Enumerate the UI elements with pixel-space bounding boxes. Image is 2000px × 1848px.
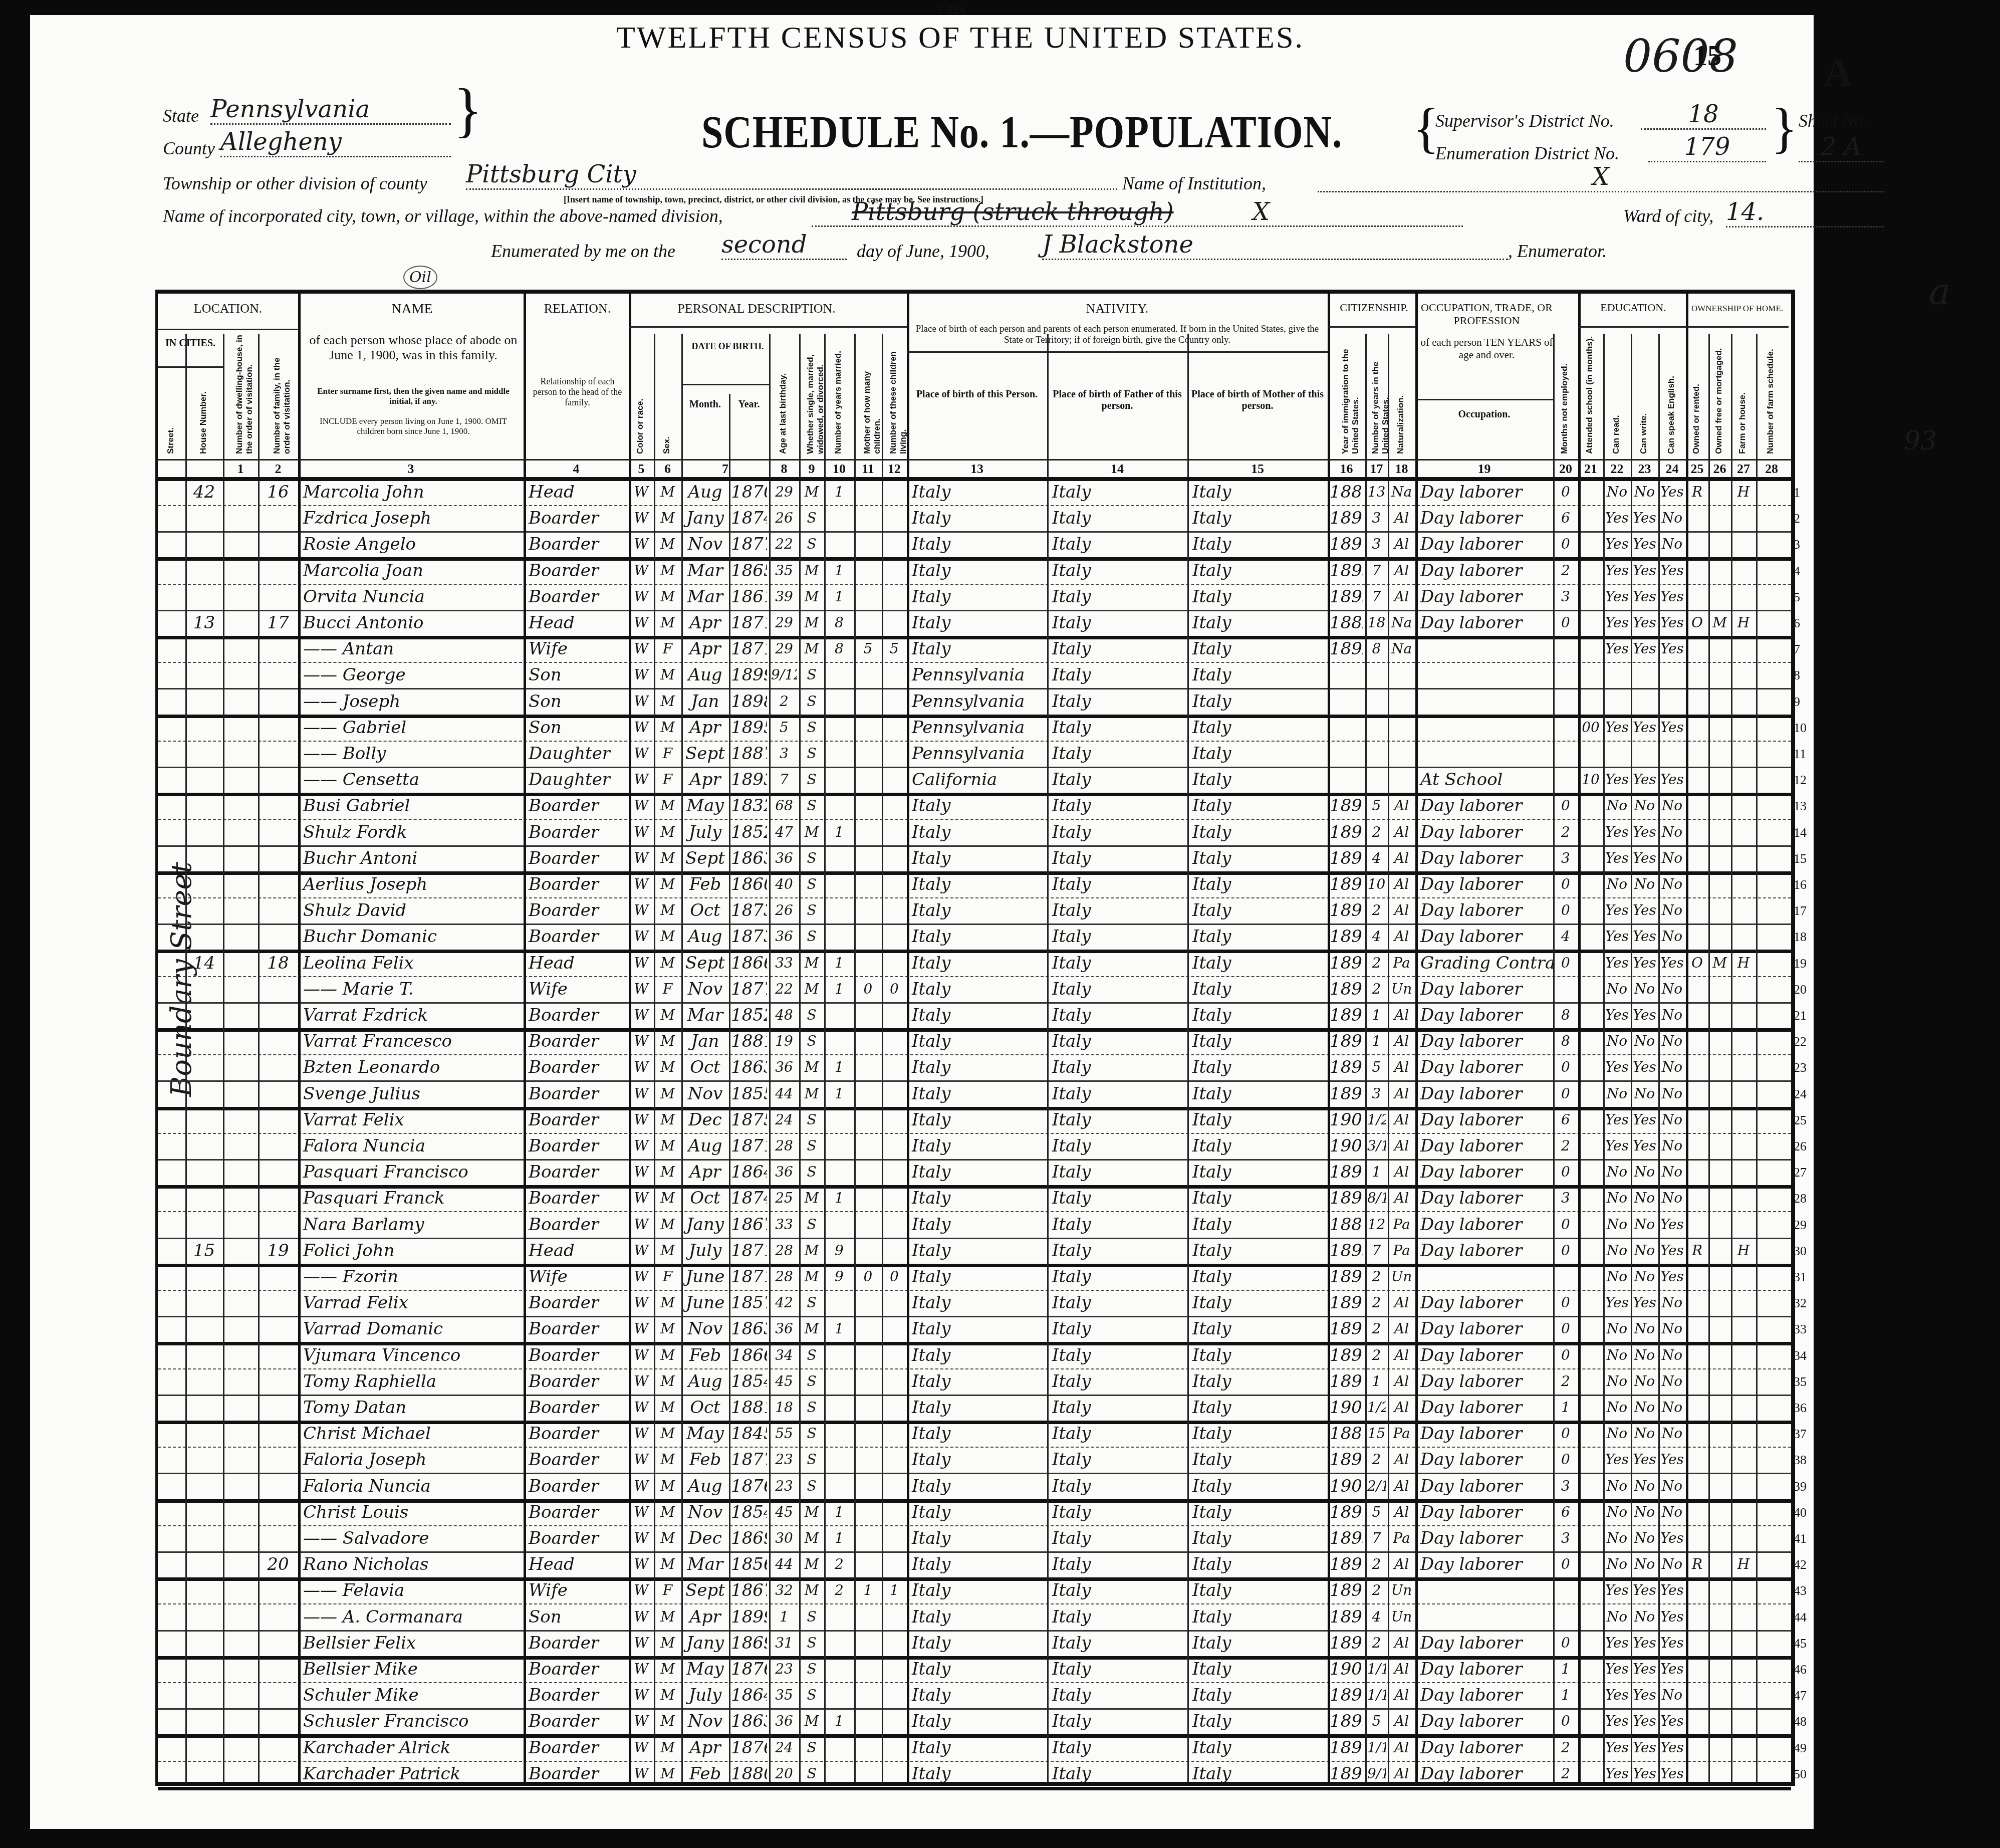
column-divider: [824, 334, 826, 1782]
cell-age: 33: [771, 1212, 797, 1238]
cell-ym: 1: [826, 584, 852, 610]
cell-name: Varrat Felix: [300, 1107, 525, 1133]
cell-color: W: [631, 1395, 652, 1421]
cell-unemp: 0: [1555, 1342, 1576, 1368]
cell-farm: [1733, 793, 1754, 819]
cell-dwelling: [225, 897, 256, 923]
cell-family: [260, 1264, 296, 1290]
cell-unemp: 6: [1555, 1107, 1576, 1133]
cell-free: [1710, 1604, 1729, 1630]
table-row: Vjumara VincencoBoarderWMFeb186634SItaly…: [158, 1342, 1791, 1369]
cell-month: Dec: [683, 1107, 727, 1133]
cell-own: [1688, 1159, 1706, 1185]
cell-sched: [1758, 767, 1785, 793]
row-number: 13: [1794, 799, 1824, 814]
cell-color: W: [631, 1577, 652, 1603]
cell-rel: Boarder: [526, 1499, 630, 1525]
column-number: 2: [258, 461, 298, 477]
cell-sched: [1758, 819, 1785, 845]
cell-nat: Al: [1390, 1473, 1413, 1499]
cell-house: [187, 1159, 221, 1185]
cell-ch: [856, 845, 880, 871]
cell-imm: 1897: [1330, 505, 1363, 531]
cell-nat: Pa: [1390, 1238, 1413, 1264]
cell-fpob: Italy: [1049, 1395, 1188, 1421]
cell-sched: [1758, 610, 1785, 636]
cell-age: 40: [771, 871, 797, 897]
cell-dwelling: [225, 1368, 256, 1395]
ed-label: Enumeration District No.: [1435, 143, 1619, 164]
cell-ym: 1: [826, 558, 852, 584]
row-number: 4: [1794, 564, 1824, 579]
cell-chl: [884, 950, 905, 976]
cell-mpob: Italy: [1189, 1342, 1329, 1368]
column-divider: [654, 334, 655, 1782]
row-number: 21: [1794, 1008, 1824, 1023]
cell-fpob: Italy: [1049, 479, 1188, 505]
stamped-page-number: 15: [1693, 40, 1721, 72]
cell-sex: M: [656, 1290, 679, 1316]
cell-fpob: Italy: [1049, 1447, 1188, 1473]
cell-farm: [1733, 1682, 1754, 1708]
cell-farm: [1733, 845, 1754, 871]
cell-ch: [856, 1421, 880, 1447]
group-occupation: OCCUPATION, TRADE, OR PROFESSION: [1420, 301, 1553, 327]
cell-house: [187, 1525, 221, 1551]
cell-write: No: [1633, 1316, 1656, 1342]
cell-mpob: Italy: [1189, 1133, 1329, 1159]
cell-age: 35: [771, 558, 797, 584]
cell-school: [1580, 1159, 1601, 1185]
cell-imm: 1899: [1330, 1159, 1363, 1185]
cell-ym: 1: [826, 1525, 852, 1551]
cell-name: Rosie Angelo: [300, 531, 525, 557]
row-number: 16: [1794, 877, 1824, 892]
cell-farm: [1733, 1316, 1754, 1342]
cell-year: 1876: [731, 1656, 767, 1682]
cell-occ: Day laborer: [1417, 1708, 1554, 1734]
cell-family: [260, 1212, 296, 1238]
cell-house: [187, 1551, 221, 1577]
cell-farm: [1733, 1630, 1754, 1656]
cell-farm: [1733, 767, 1754, 793]
sheet-number: 2 A: [1799, 133, 1884, 162]
cell-unemp: 0: [1555, 610, 1576, 636]
cell-school: [1580, 741, 1601, 767]
cell-write: No: [1633, 1238, 1656, 1264]
cell-unemp: 2: [1555, 819, 1576, 845]
cell-occ: Day laborer: [1417, 1682, 1554, 1708]
cell-free: [1710, 688, 1729, 715]
cell-fpob: Italy: [1049, 1656, 1188, 1682]
cell-family: [260, 1525, 296, 1551]
cell-free: [1710, 1551, 1729, 1577]
header-divider: [158, 366, 223, 368]
cell-fpob: Italy: [1049, 1054, 1188, 1080]
cell-own: [1688, 1761, 1706, 1787]
cell-ym: 9: [826, 1264, 852, 1290]
cell-occ: Day laborer: [1417, 531, 1554, 557]
cell-color: W: [631, 1604, 652, 1630]
cell-farm: [1733, 1735, 1754, 1761]
cell-pob: Italy: [909, 1342, 1048, 1368]
cell-family: [260, 1604, 296, 1630]
cell-nat: Pa: [1390, 1421, 1413, 1447]
cell-color: W: [631, 505, 652, 531]
cell-write: No: [1633, 1368, 1656, 1395]
cell-write: No: [1633, 1264, 1656, 1290]
cell-month: Apr: [683, 1735, 727, 1761]
cell-ch: [856, 715, 880, 741]
cell-name: Pasquari Franck: [300, 1185, 525, 1211]
cell-rel: Boarder: [526, 584, 630, 610]
cell-unemp: 0: [1555, 1708, 1576, 1734]
supervisor-label: Supervisor's District No.: [1435, 110, 1614, 131]
cell-age: 7: [771, 767, 797, 793]
cell-write: No: [1633, 871, 1656, 897]
cell-chl: [884, 479, 905, 505]
cell-sex: F: [656, 976, 679, 1002]
cell-school: [1580, 1630, 1601, 1656]
cell-family: 19: [260, 1238, 296, 1264]
cell-read: Yes: [1605, 610, 1629, 636]
cell-own: [1688, 1577, 1706, 1603]
cell-chl: [884, 871, 905, 897]
cell-dwelling: [225, 1185, 256, 1211]
group-education: EDUCATION.: [1581, 301, 1686, 314]
cell-mpob: Italy: [1189, 662, 1329, 688]
cell-fpob: Italy: [1049, 1342, 1188, 1368]
cell-write: Yes: [1633, 531, 1656, 557]
cell-ch: [856, 1525, 880, 1551]
cell-fpob: Italy: [1049, 1185, 1188, 1211]
cell-write: No: [1633, 479, 1656, 505]
cell-rel: Boarder: [526, 1185, 630, 1211]
cell-house: [187, 1630, 221, 1656]
cell-year: 1876: [731, 1473, 767, 1499]
cell-school: [1580, 793, 1601, 819]
cell-yus: 7: [1367, 1525, 1386, 1551]
cell-nat: Al: [1390, 897, 1413, 923]
cell-imm: 1900: [1330, 1107, 1363, 1133]
cell-eng: Yes: [1660, 584, 1684, 610]
cell-farm: [1733, 1212, 1754, 1238]
cell-fpob: Italy: [1049, 1107, 1188, 1133]
column-number: 4: [524, 461, 629, 477]
cell-nat: Al: [1390, 1395, 1413, 1421]
header-divider: [907, 351, 1328, 353]
relation-description: Relationship of each person to the head …: [529, 376, 626, 408]
cell-ch: 5: [856, 636, 880, 662]
cell-farm: [1733, 662, 1754, 688]
cell-eng: Yes: [1660, 1577, 1684, 1603]
cell-color: W: [631, 897, 652, 923]
cell-yus: 1/2: [1367, 1107, 1386, 1133]
column-divider: [1187, 334, 1189, 1782]
cell-year: 1854: [731, 1368, 767, 1395]
cell-house: [187, 1395, 221, 1421]
cell-ch: [856, 1081, 880, 1107]
cell-age: 33: [771, 950, 797, 976]
cell-dwelling: [225, 871, 256, 897]
cell-write: Yes: [1633, 1761, 1656, 1787]
cell-ym: [826, 767, 852, 793]
cell-ym: [826, 1002, 852, 1028]
cell-name: Shulz David: [300, 897, 525, 923]
table-row: Falora NunciaBoarderWMAug187128SItalyIta…: [158, 1133, 1791, 1161]
table-row: Shulz DavidBoarderWMOct187326SItalyItaly…: [158, 897, 1791, 925]
cell-own: [1688, 715, 1706, 741]
cell-year: 1887: [731, 741, 767, 767]
cell-rel: Boarder: [526, 558, 630, 584]
cell-school: [1580, 1735, 1601, 1761]
cell-imm: 1895: [1330, 793, 1363, 819]
cell-family: 20: [260, 1551, 296, 1577]
cell-name: Tomy Datan: [300, 1395, 525, 1421]
cell-own: [1688, 1630, 1706, 1656]
column-divider: [1047, 334, 1049, 1782]
cell-color: W: [631, 819, 652, 845]
column-divider: [882, 334, 883, 1782]
cell-chl: [884, 1473, 905, 1499]
table-row: Karchader AlrickBoarderWMApr187624SItaly…: [158, 1735, 1791, 1762]
cell-fpob: Italy: [1049, 923, 1188, 950]
cell-house: 15: [187, 1238, 221, 1264]
cell-pob: Italy: [909, 976, 1048, 1002]
cell-free: [1710, 1212, 1729, 1238]
cell-nat: Al: [1390, 1159, 1413, 1185]
cell-occ: Day laborer: [1417, 976, 1554, 1002]
table-row: 1418Leolina FelixHeadWMSept186633M1Italy…: [158, 950, 1791, 977]
cell-yus: 1/12: [1367, 1735, 1386, 1761]
cell-ym: [826, 531, 852, 557]
cell-unemp: 0: [1555, 1081, 1576, 1107]
cell-color: W: [631, 1708, 652, 1734]
cell-mpob: Italy: [1189, 584, 1329, 610]
cell-occ: Day laborer: [1417, 479, 1554, 505]
cell-school: 00: [1580, 715, 1601, 741]
group-ownership: OWNERSHIP OF HOME.: [1688, 304, 1786, 314]
cell-family: [260, 1761, 296, 1787]
cell-pob: Italy: [909, 1054, 1048, 1080]
column-divider: [854, 334, 856, 1782]
cell-name: —— Marie T.: [300, 976, 525, 1002]
header-divider: [1328, 326, 1415, 328]
cell-ch: [856, 1212, 880, 1238]
cell-pob: Italy: [909, 1604, 1048, 1630]
cell-ym: 1: [826, 1185, 852, 1211]
cell-sex: M: [656, 845, 679, 871]
cell-sched: [1758, 950, 1785, 976]
cell-color: W: [631, 1735, 652, 1761]
cell-mpob: Italy: [1189, 715, 1329, 741]
cell-farm: [1733, 976, 1754, 1002]
table-row: —— GeorgeSonWMAug18999/12SPennsylvaniaIt…: [158, 662, 1791, 689]
schedule-title: SCHEDULE No. 1.—POPULATION.: [701, 105, 1342, 158]
cell-rel: Wife: [526, 636, 630, 662]
cell-mar: S: [801, 1630, 822, 1656]
cell-free: [1710, 1185, 1729, 1211]
cell-dwelling: [225, 1525, 256, 1551]
cell-house: [187, 584, 221, 610]
cell-nat: Al: [1390, 1708, 1413, 1734]
cell-free: M: [1710, 610, 1729, 636]
column-number: 26: [1708, 461, 1731, 477]
cell-fpob: Italy: [1049, 558, 1188, 584]
table-row: Buchr AntoniBoarderWMSept186336SItalyIta…: [158, 845, 1791, 875]
cell-read: Yes: [1605, 950, 1629, 976]
cell-write: Yes: [1633, 767, 1656, 793]
cell-free: [1710, 1708, 1729, 1734]
cell-fpob: Italy: [1049, 1551, 1188, 1577]
cell-nat: Al: [1390, 1656, 1413, 1682]
cell-year: 1852: [731, 819, 767, 845]
cell-name: Rano Nicholas: [300, 1551, 525, 1577]
cell-farm: [1733, 1395, 1754, 1421]
cell-own: [1688, 793, 1706, 819]
cell-color: W: [631, 1133, 652, 1159]
row-number: 45: [1794, 1636, 1824, 1651]
cell-imm: 1900: [1330, 1395, 1363, 1421]
row-number: 26: [1794, 1139, 1824, 1154]
cell-fpob: Italy: [1049, 1525, 1188, 1551]
cell-eng: No: [1660, 1028, 1684, 1054]
column-divider: [769, 334, 771, 1782]
cell-unemp: 2: [1555, 558, 1576, 584]
cell-farm: [1733, 1604, 1754, 1630]
cell-free: [1710, 479, 1729, 505]
cell-sched: [1758, 715, 1785, 741]
cell-dwelling: [225, 950, 256, 976]
cell-sched: [1758, 1342, 1785, 1368]
cell-ch: [856, 1054, 880, 1080]
cell-sex: F: [656, 741, 679, 767]
cell-fpob: Italy: [1049, 1368, 1188, 1395]
cell-school: [1580, 531, 1601, 557]
cell-color: W: [631, 1499, 652, 1525]
cell-yus: 7: [1367, 584, 1386, 610]
county-value: Allegheny: [220, 128, 451, 157]
cell-yus: [1367, 767, 1386, 793]
column-number: 1: [223, 461, 258, 477]
cell-mpob: Italy: [1189, 1238, 1329, 1264]
form-number: 7-224: [937, 3, 965, 17]
cell-chl: [884, 1761, 905, 1787]
cell-fpob: Italy: [1049, 1708, 1188, 1734]
cell-nat: Al: [1390, 1002, 1413, 1028]
cell-house: [187, 531, 221, 557]
cell-mpob: Italy: [1189, 558, 1329, 584]
cell-farm: [1733, 923, 1754, 950]
cell-age: 42: [771, 1290, 797, 1316]
cell-imm: 1893: [1330, 1238, 1363, 1264]
cell-ym: [826, 1473, 852, 1499]
cell-ch: [856, 1656, 880, 1682]
cell-ch: [856, 871, 880, 897]
cell-mpob: Italy: [1189, 1447, 1329, 1473]
cell-sex: M: [656, 1212, 679, 1238]
cell-age: 36: [771, 923, 797, 950]
cell-sched: [1758, 1630, 1785, 1656]
cell-chl: 1: [884, 1577, 905, 1603]
cell-mar: S: [801, 793, 822, 819]
cell-house: [187, 636, 221, 662]
cell-rel: Boarder: [526, 1708, 630, 1734]
cell-school: [1580, 636, 1601, 662]
margin-note-a: a: [1929, 271, 1950, 313]
cell-month: Jany: [683, 1212, 727, 1238]
cell-eng: Yes: [1660, 1447, 1684, 1473]
cell-read: [1605, 662, 1629, 688]
cell-age: 55: [771, 1421, 797, 1447]
cell-eng: [1660, 741, 1684, 767]
cell-month: May: [683, 1656, 727, 1682]
cell-own: O: [1688, 610, 1706, 636]
cell-yus: 10: [1367, 871, 1386, 897]
row-number: 36: [1794, 1401, 1824, 1416]
row-number: 34: [1794, 1348, 1824, 1363]
cell-school: [1580, 1316, 1601, 1342]
cell-school: [1580, 1395, 1601, 1421]
cell-nat: Al: [1390, 819, 1413, 845]
cell-own: R: [1688, 1238, 1706, 1264]
cell-pob: Italy: [909, 1212, 1048, 1238]
cell-month: Apr: [683, 1604, 727, 1630]
cell-pob: Italy: [909, 1708, 1048, 1734]
cell-month: Apr: [683, 715, 727, 741]
cell-dwelling: [225, 1264, 256, 1290]
cell-age: 22: [771, 531, 797, 557]
cell-imm: 1898: [1330, 1290, 1363, 1316]
cell-age: 48: [771, 1002, 797, 1028]
cell-eng: No: [1660, 1682, 1684, 1708]
cell-write: Yes: [1633, 505, 1656, 531]
column-divider: [1365, 334, 1367, 1782]
cell-ch: [856, 1002, 880, 1028]
cell-fpob: Italy: [1049, 662, 1188, 688]
cell-pob: Italy: [909, 479, 1048, 505]
cell-eng: Yes: [1660, 636, 1684, 662]
table-row: Svenge JuliusBoarderWMNov185544M1ItalyIt…: [158, 1081, 1791, 1110]
cell-occ: Day laborer: [1417, 1473, 1554, 1499]
city-label: Name of incorporated city, town, or vill…: [163, 205, 723, 226]
column-divider: [1686, 294, 1688, 1782]
cell-own: [1688, 1368, 1706, 1395]
cell-family: [260, 1368, 296, 1395]
cell-occ: Day laborer: [1417, 1002, 1554, 1028]
cell-year: 1863: [731, 1316, 767, 1342]
table-row: Varrad FelixBoarderWMJune185742SItalyIta…: [158, 1290, 1791, 1317]
cell-mpob: Italy: [1189, 531, 1329, 557]
cell-dwelling: [225, 1551, 256, 1577]
cell-month: Jany: [683, 1630, 727, 1656]
cell-free: [1710, 1499, 1729, 1525]
cell-yus: 1: [1367, 1028, 1386, 1054]
cell-school: [1580, 1682, 1601, 1708]
cell-yus: 2: [1367, 1577, 1386, 1603]
cell-year: 1881: [731, 1395, 767, 1421]
row-number: 43: [1794, 1583, 1824, 1598]
cell-ch: [856, 793, 880, 819]
table-row: Faloria NunciaBoarderWMAug187623SItalyIt…: [158, 1473, 1791, 1503]
cell-school: [1580, 1081, 1601, 1107]
cell-free: [1710, 1107, 1729, 1133]
cell-sex: M: [656, 584, 679, 610]
cell-yus: 9/12: [1367, 1761, 1386, 1787]
table-row: Bzten LeonardoBoarderWMOct186336M1ItalyI…: [158, 1054, 1791, 1082]
cell-ym: [826, 897, 852, 923]
cell-yus: 18: [1367, 610, 1386, 636]
